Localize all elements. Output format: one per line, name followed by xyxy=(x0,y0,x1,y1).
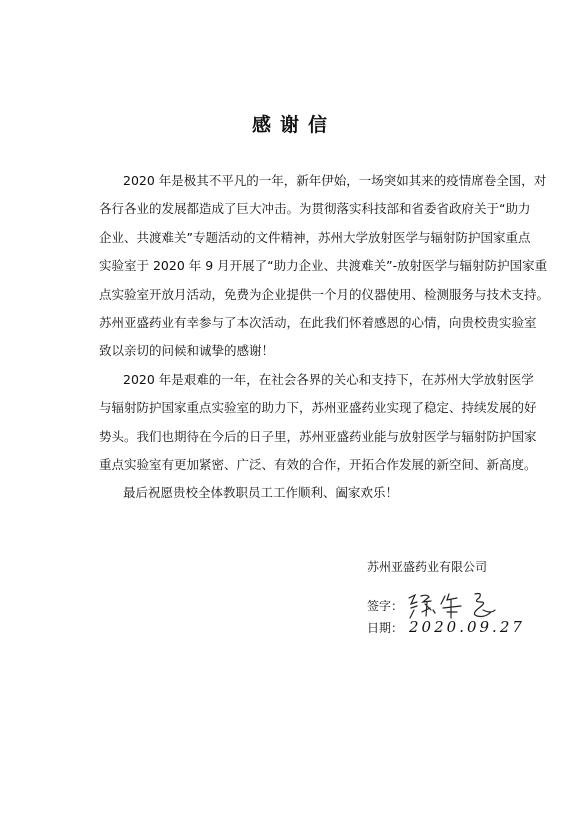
paragraph-1-line-3: 企业、共渡难关”专题活动的文件精神，苏州大学放射医学与辐射防护国家重点 xyxy=(99,227,487,255)
paragraph-2-line-3: 势头。我们也期待在今后的日子里，苏州亚盛药业能与放射医学与辐射防护国家 xyxy=(99,426,487,454)
date-label: 日期： xyxy=(367,619,403,636)
paragraph-1-line-6: 苏州亚盛药业有幸参与了本次活动，在此我们怀着感恩的心情，向贵校贵实验室 xyxy=(99,312,487,340)
paragraph-1-line-7: 致以亲切的问候和诚挚的感谢！ xyxy=(99,340,487,368)
sign-label: 签字： xyxy=(367,597,403,614)
paragraph-2-line-4: 重点实验室有更加紧密、广泛、有效的合作，开拓合作发展的新空间、新高度。 xyxy=(99,454,487,482)
handwritten-signature xyxy=(405,588,505,622)
signature-company: 苏州亚盛药业有限公司 xyxy=(367,558,487,575)
paragraph-3-line-1: 最后祝愿贵校全体教职员工工作顺利、阖家欢乐！ xyxy=(99,482,487,510)
date-row: 日期： 2020.09.27 xyxy=(367,618,525,636)
paragraph-1-line-5: 点实验室开放月活动，免费为企业提供一个月的仪器使用、检测服务与技术支持。 xyxy=(99,284,487,312)
signature-row: 签字： xyxy=(367,588,505,622)
paragraph-2-line-2: 与辐射防护国家重点实验室的助力下，苏州亚盛药业实现了稳定、持续发展的好 xyxy=(99,397,487,425)
handwritten-date: 2020.09.27 xyxy=(409,618,525,636)
paragraph-1-line-4: 实验室于 2020 年 9 月开展了“助力企业、共渡难关”-放射医学与辐射防护国… xyxy=(99,255,487,283)
paragraph-1-line-2: 各行各业的发展都造成了巨大冲击。为贯彻落实科技部和省委省政府关于“助力 xyxy=(99,198,487,226)
letter-body: 2020 年是极其不平凡的一年，新年伊始，一场突如其来的疫情席卷全国，对 各行各… xyxy=(99,170,487,511)
paragraph-1-line-1: 2020 年是极其不平凡的一年，新年伊始，一场突如其来的疫情席卷全国，对 xyxy=(99,170,487,198)
letter-title: 感谢信 xyxy=(0,110,579,137)
paragraph-2-line-1: 2020 年是艰难的一年，在社会各界的关心和支持下，在苏州大学放射医学 xyxy=(99,369,487,397)
